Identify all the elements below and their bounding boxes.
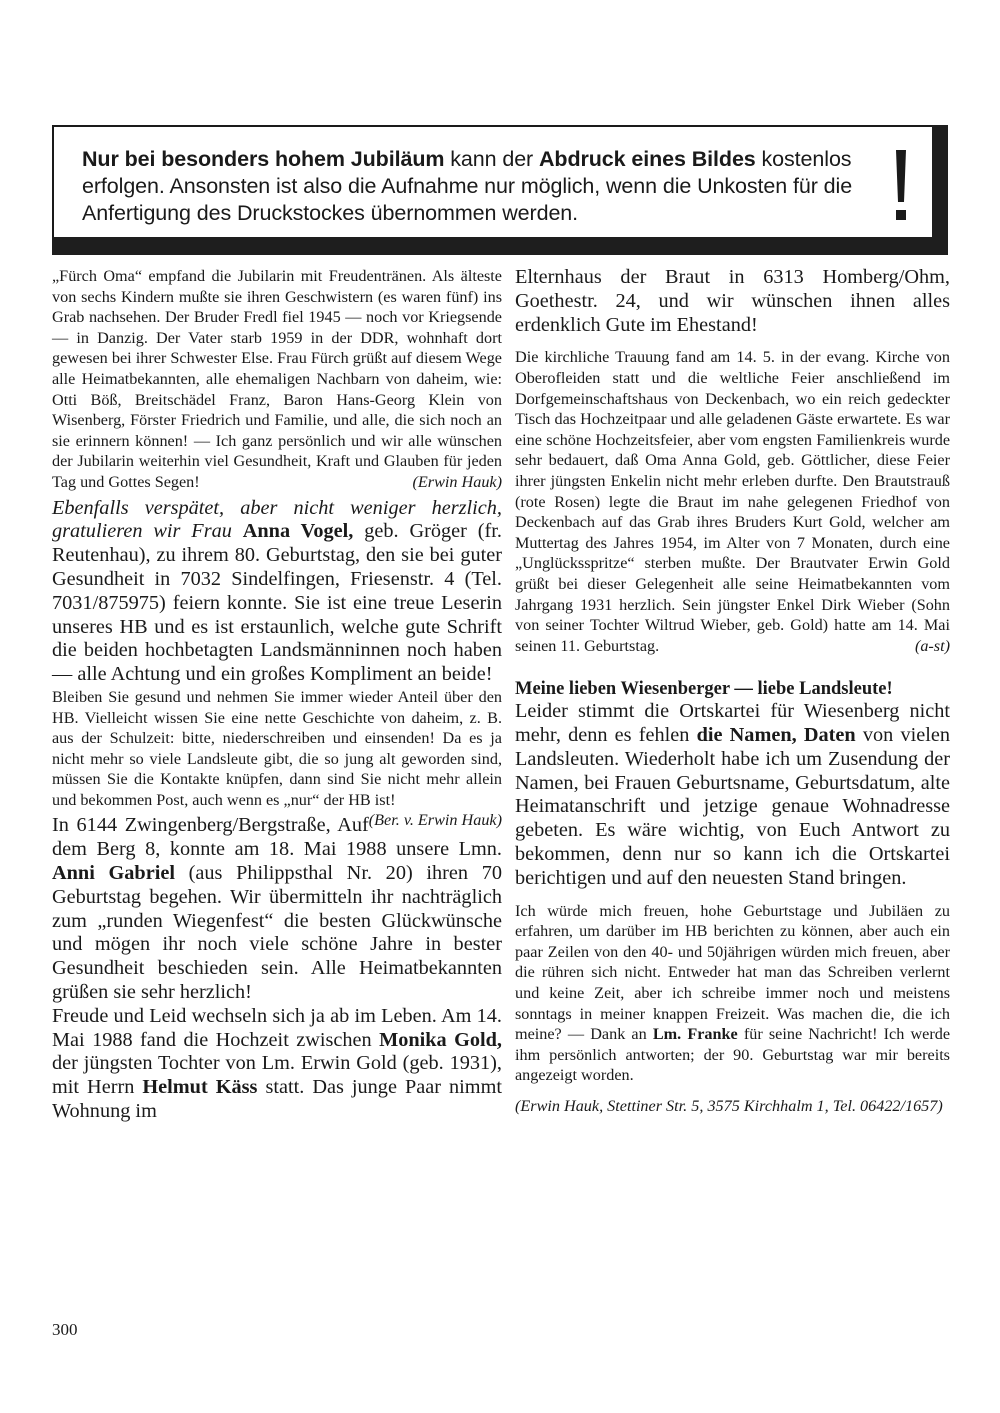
article-bleiben-sie-gesund: Bleiben Sie gesund und nehmen Sie immer … <box>52 687 502 811</box>
paragraph-text: „Fürch Oma“ empfand die Jubilarin mit Fr… <box>52 267 502 491</box>
person-name: Helmut Käss <box>142 1076 257 1098</box>
notice-box-shadow-right <box>932 125 948 255</box>
emphasis: die Namen, Daten <box>697 724 856 746</box>
person-name: Lm. Franke <box>653 1025 738 1043</box>
notice-text-1: kann der <box>444 147 539 171</box>
article-hochzeit-continued: Elternhaus der Braut in 6313 Homberg/Ohm… <box>515 266 950 337</box>
article-anni-gabriel: In 6144 Zwingenberg/Bergstraße, Auf dem … <box>52 814 502 1004</box>
paragraph-text: Bleiben Sie gesund und nehmen Sie immer … <box>52 688 502 809</box>
paragraph-text: von vielen Landsleuten. Wiederholt habe … <box>515 724 950 889</box>
exclamation-icon <box>894 150 908 230</box>
person-name: Anni Gabriel <box>52 862 175 884</box>
notice-box-shadow-bottom <box>52 237 948 255</box>
person-name: Monika Gold, <box>379 1029 502 1051</box>
notice-bold-1: Nur bei besonders hohem Jubiläum <box>82 147 444 171</box>
paragraph-text: Ich würde mich freuen, hohe Geburtstage … <box>515 902 950 1044</box>
author-contact: (Erwin Hauk, Stettiner Str. 5, 3575 Kirc… <box>515 1096 950 1117</box>
signature: (a-st) <box>915 636 950 657</box>
article-hochzeit-gold: Freude und Leid wechseln sich ja ab im L… <box>52 1005 502 1124</box>
signature: (Erwin Hauk) <box>413 472 502 493</box>
article-ortskartei: Leider stimmt die Ortskartei für Wiesenb… <box>515 700 950 890</box>
signature: (Ber. v. Erwin Hauk) <box>369 810 502 831</box>
article-trauung: Die kirchliche Trauung fand am 14. 5. in… <box>515 347 950 656</box>
section-heading: Meine lieben Wiesenberger — liebe Landsl… <box>515 678 950 700</box>
right-column: Elternhaus der Braut in 6313 Homberg/Ohm… <box>515 266 950 1117</box>
exclamation-dot <box>896 210 906 220</box>
paragraph-text: geb. Gröger (fr. Reutenhau), zu ihrem 80… <box>52 520 502 685</box>
left-column: „Fürch Oma“ empfand die Jubilarin mit Fr… <box>52 266 502 1124</box>
notice-bold-2: Abdruck eines Bildes <box>539 147 756 171</box>
notice-text: Nur bei besonders hohem Jubiläum kann de… <box>82 146 882 227</box>
exclamation-bar <box>896 150 906 202</box>
page-number: 300 <box>52 1320 78 1340</box>
paragraph-text: Die kirchliche Trauung fand am 14. 5. in… <box>515 348 950 654</box>
article-anna-vogel: Ebenfalls verspätet, aber nicht weniger … <box>52 497 502 687</box>
article-geburtstage: Ich würde mich freuen, hohe Geburtstage … <box>515 901 950 1086</box>
person-name: Anna Vogel, <box>243 520 354 542</box>
article-fuerch-oma: „Fürch Oma“ empfand die Jubilarin mit Fr… <box>52 266 502 493</box>
